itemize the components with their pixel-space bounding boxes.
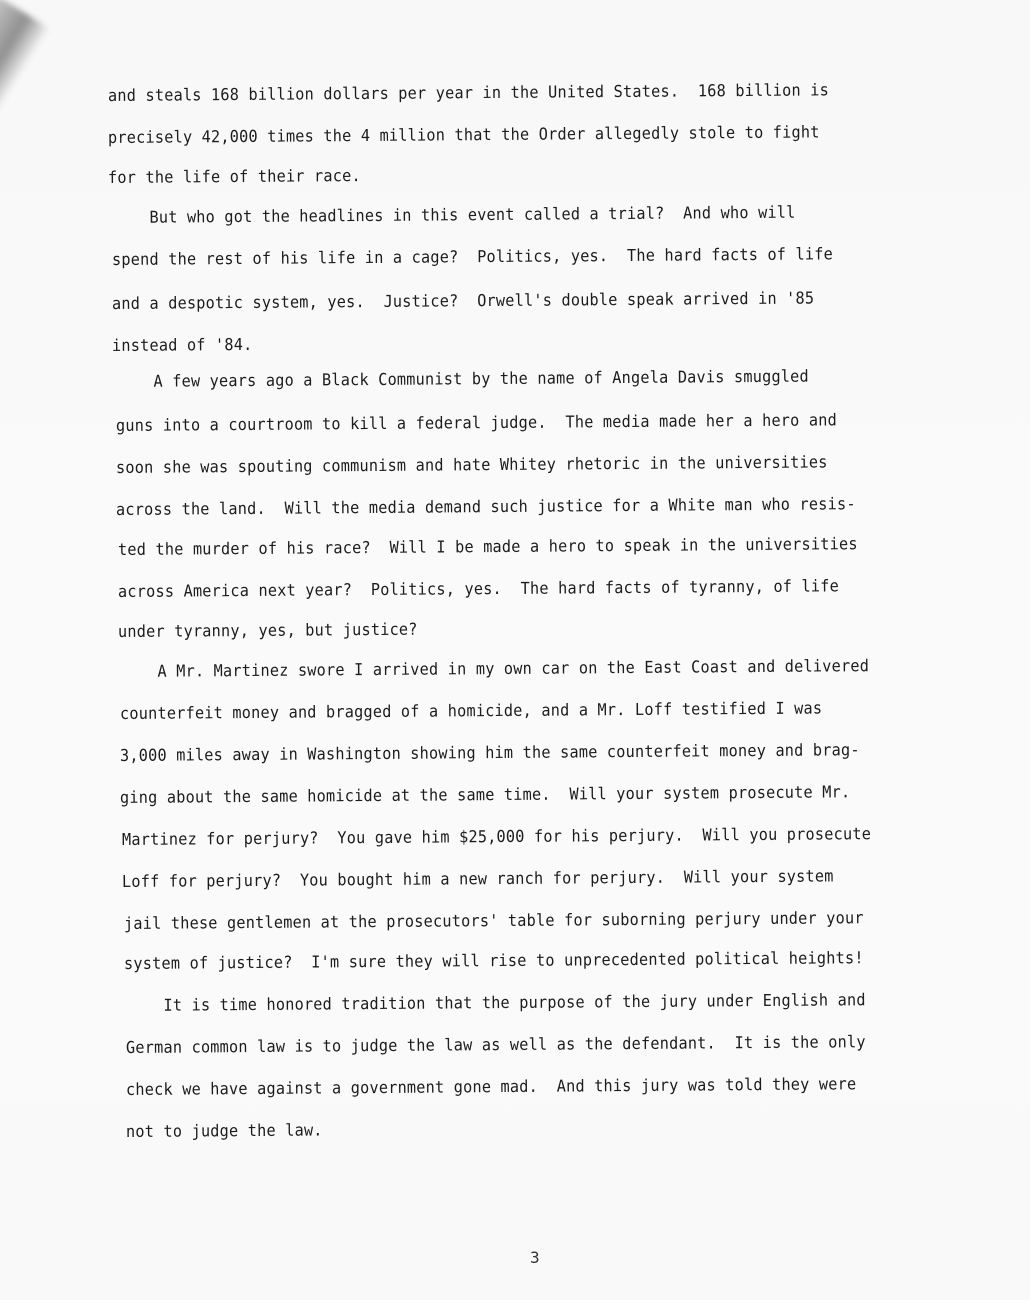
document-page: and steals 168 billion dollars per year … xyxy=(0,0,1030,1300)
text-line: under tyranny, yes, but justice? xyxy=(118,620,418,641)
text-line: spend the rest of his life in a cage? Po… xyxy=(112,244,833,269)
text-line: across the land. Will the media demand s… xyxy=(116,494,856,519)
text-line: It is time honored tradition that the pu… xyxy=(126,990,866,1015)
text-line: Loff for perjury? You bought him a new r… xyxy=(122,866,834,891)
text-line: check we have against a government gone … xyxy=(126,1074,856,1099)
text-line: soon she was spouting communism and hate… xyxy=(116,452,828,477)
text-line: and steals 168 billion dollars per year … xyxy=(108,80,829,105)
text-line: A few years ago a Black Communist by the… xyxy=(116,367,809,391)
text-line: ted the murder of his race? Will I be ma… xyxy=(118,534,858,559)
text-line: Martinez for perjury? You gave him $25,0… xyxy=(122,824,871,849)
text-line: A Mr. Martinez swore I arrived in my own… xyxy=(120,656,869,681)
text-line: counterfeit money and bragged of a homic… xyxy=(120,698,822,723)
text-line: system of justice? I'm sure they will ri… xyxy=(124,948,864,973)
text-line: jail these gentlemen at the prosecutors'… xyxy=(124,908,864,933)
document-body: and steals 168 billion dollars per year … xyxy=(0,0,1030,1300)
text-line: But who got the headlines in this event … xyxy=(112,203,796,227)
text-line: guns into a courtroom to kill a federal … xyxy=(116,410,837,435)
page-number: 3 xyxy=(530,1248,540,1267)
text-line: and a despotic system, yes. Justice? Orw… xyxy=(112,288,814,313)
text-line: precisely 42,000 times the 4 million tha… xyxy=(108,122,820,147)
text-line: for the life of their race. xyxy=(108,166,361,187)
text-line: 3,000 miles away in Washington showing h… xyxy=(120,740,860,765)
text-line: not to judge the law. xyxy=(126,1120,323,1141)
text-line: across America next year? Politics, yes.… xyxy=(118,576,839,601)
text-line: instead of '84. xyxy=(112,335,253,355)
text-line: German common law is to judge the law as… xyxy=(126,1032,866,1057)
text-line: ging about the same homicide at the same… xyxy=(120,782,850,807)
